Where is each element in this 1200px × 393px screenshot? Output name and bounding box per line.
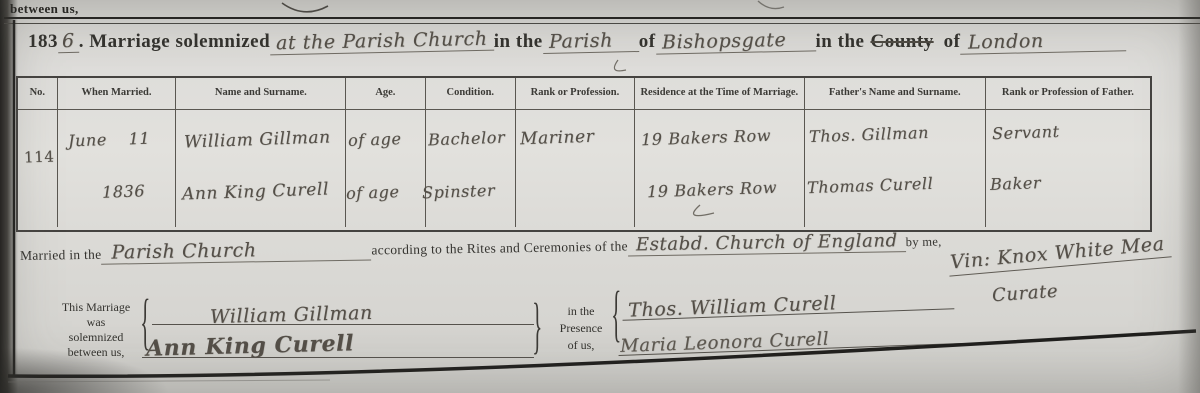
column-header-condition: Condition. [426, 78, 517, 109]
cell-names: William Gillman Ann King Curell [176, 110, 346, 227]
ceremony-place-handwritten: Parish Church [101, 237, 371, 264]
caption-of-2: of [944, 31, 961, 53]
cell-ages: of age of age [346, 110, 425, 227]
bride-father-name: Thomas Curell [806, 174, 933, 197]
groom-residence: 19 Bakers Row [641, 126, 772, 150]
groom-signature: William Gillman [210, 302, 373, 328]
groom-age: of age [348, 129, 402, 150]
groom-name: William Gillman [184, 127, 331, 152]
cell-father-names: Thos. Gillman Thomas Curell [805, 110, 986, 227]
previous-entry-remnant: between us, [10, 1, 79, 17]
bride-residence: 19 Bakers Row [647, 178, 778, 202]
church-handwritten: Estabd. Church of England [628, 230, 906, 256]
caption-county-word-struck: County [870, 31, 933, 53]
groom-profession: Mariner [520, 127, 595, 150]
cell-entry-no: 114 [18, 110, 58, 227]
caption-of-1: of [639, 31, 656, 53]
column-header-father-rank: Rank or Profession of Father. [986, 78, 1150, 109]
table-header-row: No. When Married. Name and Surname. Age.… [18, 78, 1150, 110]
witness-2-signature: Maria Leonora Curell [620, 329, 830, 357]
this-marriage-label: This Marriage was solemnized between us, [50, 300, 142, 360]
caption-in-the-2: in the [816, 31, 865, 53]
bride-signature: Ann King Curell [146, 330, 355, 361]
witness-1-signature-line: Thos. William Curell [622, 282, 955, 321]
register-caption: 1836. Marriage solemnized at the Parish … [28, 30, 1188, 76]
bride-signature-line: Ann King Curell [142, 331, 534, 358]
cell-father-professions: Servant Baker [986, 110, 1150, 227]
officiant-title: Curate [991, 281, 1058, 307]
caption-in-the-1: in the [494, 31, 543, 53]
groom-father-profession: Servant [992, 122, 1060, 143]
table-entry-row: 114 June 11 1836 William Gillman Ann Kin… [18, 110, 1150, 227]
bride-name: Ann King Curell [182, 179, 330, 204]
column-header-name-surname: Name and Surname. [176, 78, 346, 109]
groom-father-name: Thos. Gillman [808, 123, 929, 146]
rites-ceremonies-text: according to the Rites and Ceremonies of… [371, 238, 628, 258]
remnant-flourish-2 [758, 1, 784, 9]
top-double-rule [4, 17, 1200, 24]
caption-county-handwritten: London [960, 28, 1126, 54]
marriage-register-table: No. When Married. Name and Surname. Age.… [16, 76, 1152, 232]
caption-place-handwritten: at the Parish Church [270, 28, 494, 56]
column-header-no: No. [18, 78, 58, 109]
cell-professions: Mariner [516, 110, 635, 227]
cell-residences: 19 Bakers Row 19 Bakers Row [635, 110, 805, 227]
party-brace-close: } [532, 291, 542, 363]
column-header-when-married: When Married. [58, 78, 177, 109]
cell-conditions: Bachelor Spinster [426, 110, 517, 227]
by-me-text: by me, [906, 235, 942, 251]
groom-condition: Bachelor [427, 128, 505, 150]
cell-when-married: June 11 1836 [58, 110, 177, 227]
caption-parish-handwritten: Parish [542, 29, 638, 54]
groom-signature-line: William Gillman [152, 300, 534, 325]
witness-2-signature-line: Maria Leonora Curell [618, 317, 963, 356]
witness-1-signature: Thos. William Curell [628, 292, 837, 321]
caption-year-printed: 183 [28, 31, 58, 53]
column-header-residence: Residence at the Time of Marriage. [635, 78, 805, 109]
caption-year-handwritten: 6 [58, 30, 79, 53]
caption-parish-name-handwritten: Bishopsgate [655, 28, 815, 54]
entry-number: 114 [24, 147, 55, 166]
caption-solemnized-text: . Marriage solemnized [79, 31, 270, 53]
bride-age: of age [346, 182, 400, 203]
bride-condition: Spinster [421, 181, 495, 203]
married-in-the-text: Married in the [20, 247, 102, 264]
groom-marriage-date: June 11 [67, 129, 150, 151]
bride-father-profession: Baker [989, 173, 1041, 194]
column-header-father-name: Father's Name and Surname. [805, 78, 986, 109]
marriage-register-page: between us, 1836. Marriage solemnized at… [0, 0, 1200, 393]
column-header-rank-profession: Rank or Profession. [516, 78, 635, 109]
column-header-age: Age. [346, 78, 425, 109]
presence-label: in the Presence of us, [549, 303, 613, 354]
marriage-year: 1836 [101, 181, 145, 201]
remnant-signature-flourish [282, 3, 328, 12]
